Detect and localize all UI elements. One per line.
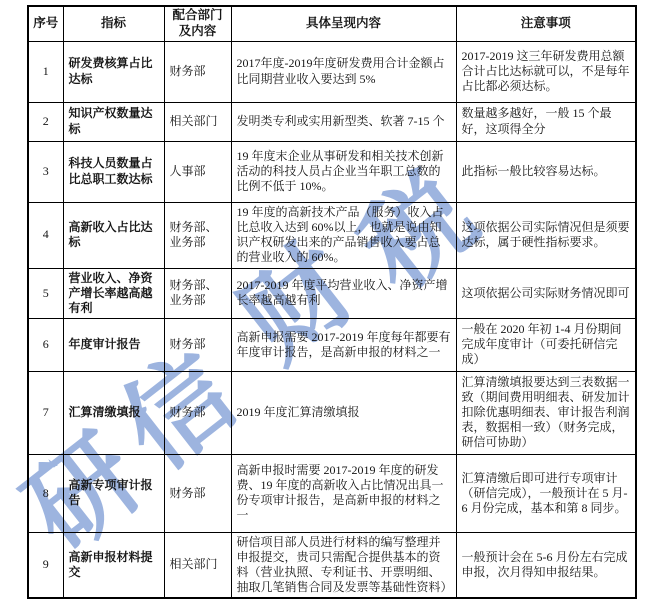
cell-content: 19 年度的高新技术产品（服务）收入占比总收入达到 60%以上，也就是说由知识产… — [231, 202, 456, 268]
table-row: 3 科技人员数量占比总职工数达标 人事部 19 年度末企业从事研发和相关技术创新… — [28, 141, 636, 202]
table-row: 8 高新专项审计报告 财务部 高新申报时需要 2017-2019 年度的研发费、… — [28, 454, 636, 532]
table-header-row: 序号 指标 配合部门及内容 具体呈现内容 注意事项 — [28, 6, 636, 41]
cell-no: 8 — [28, 454, 63, 532]
cell-notes: 这项依据公司实际财务情况即可 — [456, 268, 636, 318]
cell-notes: 汇算清缴后即可进行专项审计（研信完成），一般预计在 5 月-6 月份完成，基本和… — [456, 454, 636, 532]
cell-dept: 相关部门 — [164, 102, 231, 141]
cell-dept: 相关部门 — [164, 532, 231, 598]
header-indicator: 指标 — [63, 6, 164, 41]
cell-no: 2 — [28, 102, 63, 141]
cell-content: 研信项目部人员进行材料的编写整理并申报提交，贵司只需配合提供基本的资料（营业执照… — [231, 532, 456, 598]
header-dept: 配合部门及内容 — [164, 6, 231, 41]
cell-notes: 一般预计会在 5-6 月份左右完成申报，次月得知申报结果。 — [456, 532, 636, 598]
cell-no: 4 — [28, 202, 63, 268]
cell-dept: 财务部 — [164, 41, 231, 102]
cell-indicator: 汇算清缴填报 — [63, 371, 164, 454]
cell-notes: 一般在 2020 年初 1-4 月份期间完成年度审计（可委托研信完成） — [456, 318, 636, 371]
cell-dept: 财务部 — [164, 371, 231, 454]
table-row: 6 年度审计报告 财务部 高新申报需要 2017-2019 年度每年都要有年度审… — [28, 318, 636, 371]
cell-content: 高新申报时需要 2017-2019 年度的研发费、19 年度的高新收入占比情况出… — [231, 454, 456, 532]
cell-no: 5 — [28, 268, 63, 318]
cell-no: 1 — [28, 41, 63, 102]
cell-no: 7 — [28, 371, 63, 454]
header-no: 序号 — [28, 6, 63, 41]
cell-indicator: 高新申报材料提交 — [63, 532, 164, 598]
cell-notes: 2017-2019 这三年研发费用总额合计占比达标就可以，不是每年占比都必须达标… — [456, 41, 636, 102]
table-row: 4 高新收入占比达标 财务部、业务部 19 年度的高新技术产品（服务）收入占比总… — [28, 202, 636, 268]
cell-dept: 财务部、业务部 — [164, 202, 231, 268]
cell-indicator: 高新收入占比达标 — [63, 202, 164, 268]
table-row: 1 研发费核算占比达标 财务部 2017年度-2019年度研发费用合计金额占比同… — [28, 41, 636, 102]
cell-content: 2017-2019 年度平均营业收入、净资产增长率越高越有利 — [231, 268, 456, 318]
cell-indicator: 科技人员数量占比总职工数达标 — [63, 141, 164, 202]
cell-no: 3 — [28, 141, 63, 202]
cell-content: 发明类专利或实用新型类、软著 7-15 个 — [231, 102, 456, 141]
cell-dept: 财务部 — [164, 318, 231, 371]
cell-notes: 汇算清缴填报要达到三表数据一致（期间费用明细表、研发加计扣除优惠明细表、审计报告… — [456, 371, 636, 454]
cell-content: 高新申报需要 2017-2019 年度每年都要有年度审计报告，是高新申报的材料之… — [231, 318, 456, 371]
header-notes: 注意事项 — [456, 6, 636, 41]
cell-notes: 此指标一般比较容易达标。 — [456, 141, 636, 202]
cell-content: 2017年度-2019年度研发费用合计金额占比同期营业收入要达到 5% — [231, 41, 456, 102]
document-page: 研 信 财 税 序号 指标 配合部门及内容 具体呈现内容 注意事项 1 研发费核… — [0, 0, 646, 601]
table-row: 7 汇算清缴填报 财务部 2019 年度汇算清缴填报 汇算清缴填报要达到三表数据… — [28, 371, 636, 454]
cell-notes: 这项依据公司实际情况但是须要达标，属于硬性指标要求。 — [456, 202, 636, 268]
cell-no: 9 — [28, 532, 63, 598]
checklist-table: 序号 指标 配合部门及内容 具体呈现内容 注意事项 1 研发费核算占比达标 财务… — [27, 5, 637, 599]
table-row: 2 知识产权数量达标 相关部门 发明类专利或实用新型类、软著 7-15 个 数量… — [28, 102, 636, 141]
table-row: 9 高新申报材料提交 相关部门 研信项目部人员进行材料的编写整理并申报提交，贵司… — [28, 532, 636, 598]
table-row: 5 营业收入、净资产增长率越高越有利 财务部、业务部 2017-2019 年度平… — [28, 268, 636, 318]
cell-indicator: 年度审计报告 — [63, 318, 164, 371]
cell-no: 6 — [28, 318, 63, 371]
cell-indicator: 高新专项审计报告 — [63, 454, 164, 532]
cell-dept: 财务部、业务部 — [164, 268, 231, 318]
cell-indicator: 营业收入、净资产增长率越高越有利 — [63, 268, 164, 318]
cell-indicator: 知识产权数量达标 — [63, 102, 164, 141]
cell-indicator: 研发费核算占比达标 — [63, 41, 164, 102]
cell-notes: 数量越多越好，一般 15 个最好，这项得全分 — [456, 102, 636, 141]
cell-dept: 财务部 — [164, 454, 231, 532]
cell-content: 2019 年度汇算清缴填报 — [231, 371, 456, 454]
cell-dept: 人事部 — [164, 141, 231, 202]
header-content: 具体呈现内容 — [231, 6, 456, 41]
cell-content: 19 年度末企业从事研发和相关技术创新活动的科技人员占企业当年职工总数的比例不低… — [231, 141, 456, 202]
